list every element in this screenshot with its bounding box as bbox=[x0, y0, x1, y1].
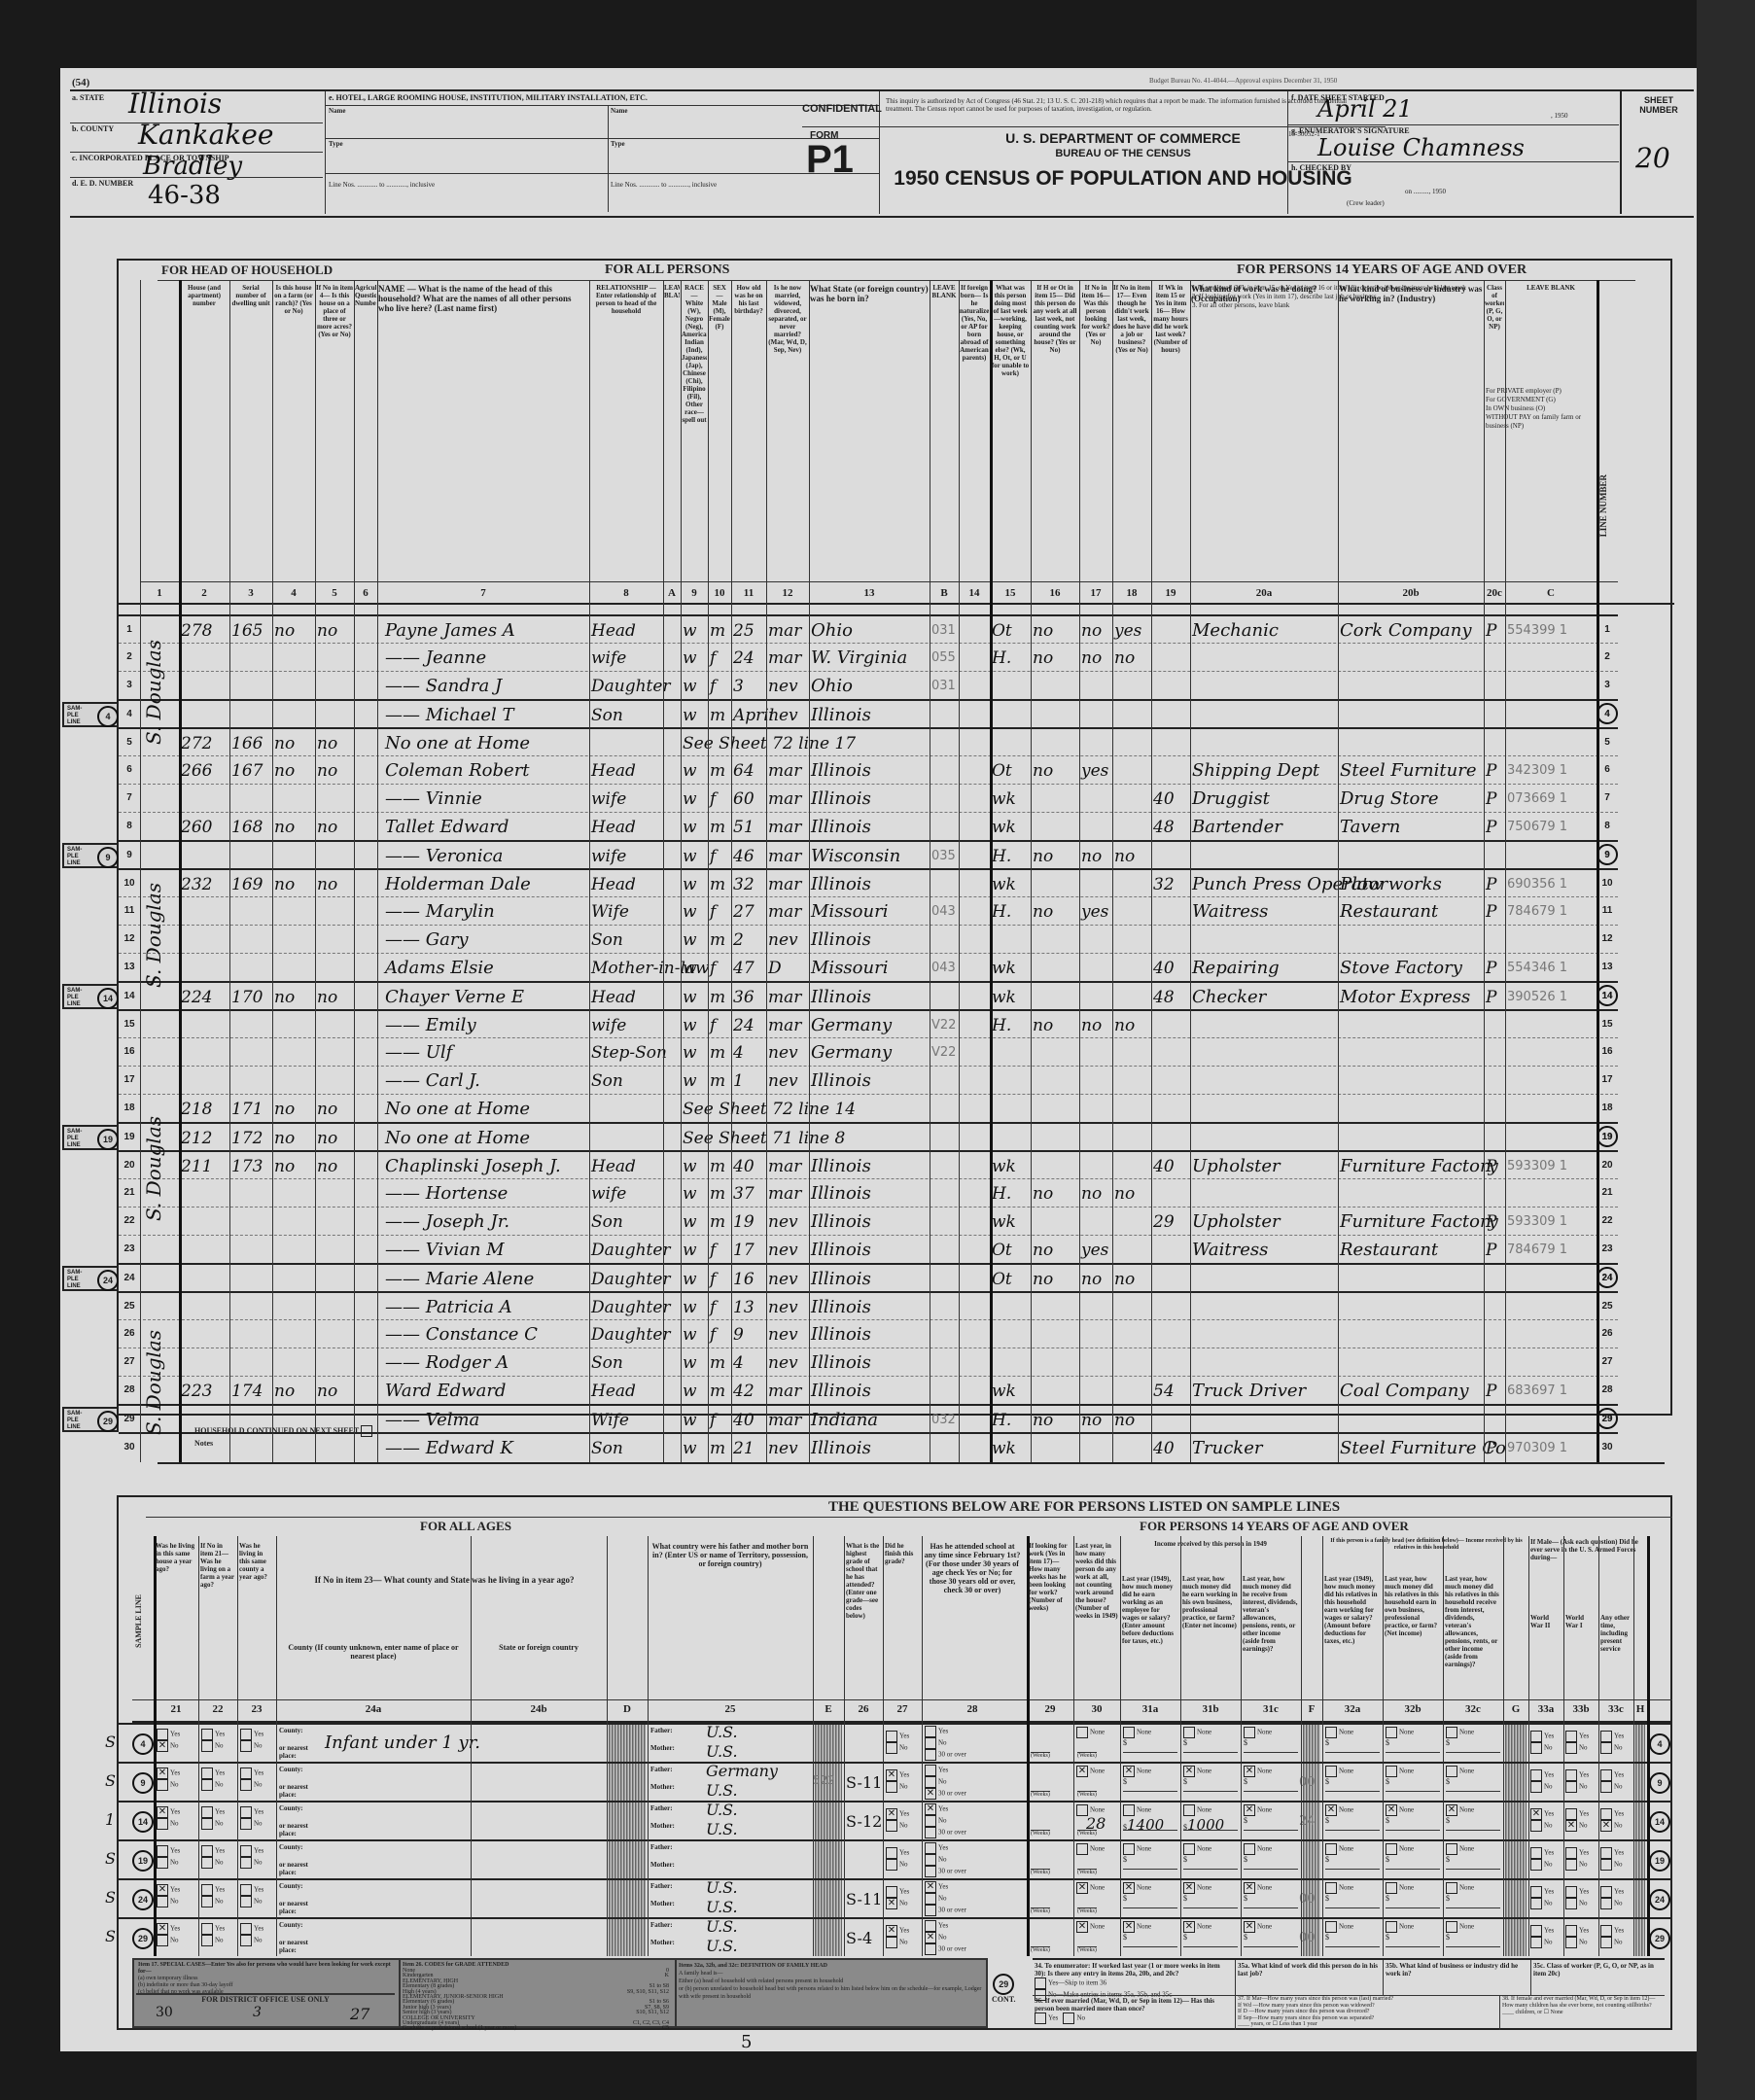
c22-no-checkbox[interactable] bbox=[201, 1740, 213, 1752]
cell-c28: ✕YesNo30 or over bbox=[925, 1881, 966, 1916]
line-number-right: 28 bbox=[1597, 1384, 1618, 1395]
c33a-no-checkbox[interactable] bbox=[1530, 1781, 1542, 1793]
c32b-none-checkbox[interactable] bbox=[1386, 1882, 1397, 1894]
c32b-none-checkbox[interactable] bbox=[1386, 1727, 1397, 1738]
c33c-no-checkbox[interactable] bbox=[1600, 1742, 1612, 1754]
cell-c15: wk bbox=[992, 1377, 1033, 1405]
c23-yes-checkbox[interactable] bbox=[240, 1806, 252, 1818]
c28-yes-checkbox[interactable]: ✕ bbox=[925, 1881, 936, 1893]
c28-yes-checkbox[interactable] bbox=[925, 1920, 936, 1932]
c22-yes-checkbox[interactable] bbox=[201, 1806, 213, 1818]
c33a-no-option: No bbox=[1530, 1781, 1554, 1793]
c31c-amount-line: $ bbox=[1244, 1855, 1298, 1870]
c22-no-checkbox[interactable] bbox=[201, 1857, 213, 1869]
c33b-yes-option: Yes bbox=[1565, 1731, 1589, 1742]
c33b-yes-checkbox[interactable] bbox=[1565, 1925, 1577, 1937]
c21-yes-label: Yes bbox=[170, 1808, 180, 1816]
c23-no-checkbox[interactable] bbox=[240, 1779, 252, 1791]
c31c-none-checkbox[interactable]: ✕ bbox=[1244, 1804, 1255, 1816]
cell-c18: no bbox=[1114, 1265, 1153, 1293]
cont-circle: 29 bbox=[993, 1974, 1014, 1995]
cell-code_b bbox=[931, 1152, 961, 1180]
c31b-none-checkbox[interactable] bbox=[1183, 1804, 1195, 1816]
cell-age: 17 bbox=[733, 1236, 768, 1264]
c32b-none-checkbox[interactable] bbox=[1386, 1921, 1397, 1933]
c22-no-label: No bbox=[215, 1898, 224, 1906]
c33b-yes-checkbox[interactable] bbox=[1565, 1769, 1577, 1781]
weeks-label: (Weeks) bbox=[1031, 1869, 1050, 1875]
q36-yes-checkbox[interactable] bbox=[1035, 2012, 1046, 2024]
c27-no-checkbox[interactable] bbox=[886, 1820, 897, 1832]
c21-yes-checkbox[interactable]: ✕ bbox=[157, 1923, 168, 1935]
c28-30-checkbox[interactable] bbox=[925, 1905, 936, 1916]
cell-occ: Waitress bbox=[1192, 1236, 1340, 1264]
cell-farm: no bbox=[274, 1377, 317, 1405]
c32c-none-checkbox[interactable] bbox=[1446, 1843, 1457, 1855]
c22-yes-checkbox[interactable] bbox=[201, 1729, 213, 1740]
c33b-yes-checkbox[interactable] bbox=[1565, 1731, 1577, 1742]
q36-no-checkbox[interactable] bbox=[1063, 2012, 1074, 2024]
c33c-no-label: No bbox=[1614, 1783, 1623, 1791]
street-name: S. Douglas bbox=[142, 883, 165, 988]
c22-no-checkbox[interactable] bbox=[201, 1779, 213, 1791]
c32c-none-checkbox[interactable] bbox=[1446, 1882, 1457, 1894]
cell-c21: ✕YesNo bbox=[157, 1923, 180, 1946]
c33a-no-checkbox[interactable] bbox=[1530, 1859, 1542, 1871]
c33c-yes-checkbox[interactable] bbox=[1600, 1925, 1612, 1937]
cell-c18 bbox=[1114, 983, 1153, 1011]
cell-age: 24 bbox=[733, 644, 768, 672]
c31b-none-label: None bbox=[1197, 1845, 1211, 1853]
c22-yes-checkbox[interactable] bbox=[201, 1884, 213, 1896]
c32b-none-checkbox[interactable] bbox=[1386, 1766, 1397, 1777]
c30-none-checkbox[interactable] bbox=[1076, 1727, 1088, 1738]
cell-farm bbox=[274, 785, 317, 813]
cell-name: —— Marie Alene bbox=[379, 1265, 597, 1293]
c27-no-checkbox[interactable] bbox=[886, 1781, 897, 1793]
cell-acres bbox=[317, 1320, 356, 1348]
c21-no-checkbox[interactable]: ✕ bbox=[157, 1740, 168, 1752]
page-code: (54) bbox=[72, 78, 89, 87]
c32a-none-checkbox[interactable] bbox=[1325, 1727, 1337, 1738]
cell-code_c bbox=[1507, 1348, 1598, 1377]
c23-yes-checkbox[interactable] bbox=[240, 1729, 252, 1740]
c33a-yes-label: Yes bbox=[1544, 1771, 1554, 1779]
c33a-yes-checkbox[interactable] bbox=[1530, 1847, 1542, 1859]
line-number-right: 3 bbox=[1597, 680, 1618, 690]
column-number: 9 bbox=[681, 587, 708, 599]
c33a-no-label: No bbox=[1544, 1939, 1553, 1946]
c21-yes-label: Yes bbox=[170, 1886, 180, 1894]
cell-cls bbox=[1486, 1179, 1507, 1207]
cell-born: Illinois bbox=[811, 926, 931, 954]
cell-name: —— Michael T bbox=[379, 701, 597, 729]
cell-c28: ✕YesNo30 or over bbox=[925, 1803, 966, 1838]
c23-yes-label: Yes bbox=[254, 1769, 263, 1777]
c31a-none-option: None bbox=[1123, 1804, 1177, 1816]
c28-no-checkbox[interactable] bbox=[925, 1815, 936, 1827]
cell-house: 211 bbox=[181, 1152, 231, 1180]
c33a-yes-checkbox[interactable] bbox=[1530, 1769, 1542, 1781]
q34-yes-label: Yes—Skip to item 36 bbox=[1048, 1979, 1106, 1987]
c33a-yes-checkbox[interactable]: ✕ bbox=[1530, 1808, 1542, 1820]
c22-no-checkbox[interactable] bbox=[201, 1896, 213, 1907]
column-header-3: Serial number of dwelling unit bbox=[230, 284, 271, 576]
father-label: Father: bbox=[650, 1882, 673, 1890]
c32b-amount-line: $ bbox=[1386, 1933, 1440, 1947]
cell-ind bbox=[1340, 644, 1486, 672]
cell-c17 bbox=[1081, 1152, 1114, 1180]
c33c-no-label: No bbox=[1614, 1744, 1623, 1752]
c23-no-checkbox[interactable] bbox=[240, 1857, 252, 1869]
c31a-none-checkbox[interactable] bbox=[1123, 1727, 1135, 1738]
table-row: 11278165nonoPayne James AHeadwm25marOhio… bbox=[119, 614, 1618, 643]
sample-line-number-right: 24 bbox=[1649, 1889, 1670, 1910]
c23-yes-checkbox[interactable] bbox=[240, 1884, 252, 1896]
sample-circle-right: 24 bbox=[1597, 1267, 1618, 1288]
c30-none-checkbox[interactable]: ✕ bbox=[1076, 1882, 1088, 1894]
c22-yes-checkbox[interactable] bbox=[201, 1845, 213, 1857]
cell-code_b bbox=[931, 813, 961, 841]
c23-no-checkbox[interactable] bbox=[240, 1818, 252, 1830]
cell-sex: f bbox=[710, 672, 733, 700]
c30-none-checkbox[interactable]: ✕ bbox=[1076, 1921, 1088, 1933]
cell-c31a: ✕None$ bbox=[1123, 1921, 1177, 1947]
c33b-no-checkbox[interactable] bbox=[1565, 1898, 1577, 1909]
c23-yes-checkbox[interactable] bbox=[240, 1767, 252, 1779]
c33a-yes-checkbox[interactable] bbox=[1530, 1886, 1542, 1898]
c32b-none-checkbox[interactable]: ✕ bbox=[1386, 1804, 1397, 1816]
c28-no-checkbox[interactable]: ✕ bbox=[925, 1932, 936, 1943]
cell-serial: 167 bbox=[231, 756, 274, 785]
c32c-amount-line: $ bbox=[1446, 1894, 1500, 1908]
c32b-none-checkbox[interactable] bbox=[1386, 1843, 1397, 1855]
c32c-none-checkbox[interactable] bbox=[1446, 1766, 1457, 1777]
c21-yes-checkbox[interactable] bbox=[157, 1845, 168, 1857]
dollar-sign: $ bbox=[1446, 1855, 1450, 1864]
c30-none-checkbox[interactable]: ✕ bbox=[1076, 1766, 1088, 1777]
column-divider bbox=[1443, 1536, 1444, 1956]
cell-born: Missouri bbox=[811, 954, 931, 982]
cell-sex: m bbox=[710, 1179, 733, 1207]
c22-yes-checkbox[interactable] bbox=[201, 1923, 213, 1935]
c31a-none-checkbox[interactable]: ✕ bbox=[1123, 1766, 1135, 1777]
cell-house: 232 bbox=[181, 870, 231, 898]
grade-codes: Item 26. CODES for GRADE ATTENDED None0K… bbox=[399, 1960, 671, 2026]
weeks-label: (Weeks) bbox=[1077, 1907, 1097, 1914]
c33a-yes-option: Yes bbox=[1530, 1731, 1554, 1742]
cell-c18 bbox=[1114, 1067, 1153, 1095]
cell-c15: wk bbox=[992, 1434, 1033, 1462]
cell-race: w bbox=[683, 1038, 710, 1067]
c27-yes-checkbox[interactable]: ✕ bbox=[886, 1769, 897, 1781]
c33c-no-checkbox[interactable]: ✕ bbox=[1600, 1820, 1612, 1832]
cell-c16 bbox=[1033, 1434, 1081, 1462]
cell-c15 bbox=[992, 1095, 1033, 1123]
c27-yes-checkbox[interactable] bbox=[886, 1731, 897, 1742]
cell-farm bbox=[274, 1265, 317, 1293]
c21-no-checkbox[interactable] bbox=[157, 1935, 168, 1946]
c28-no-checkbox[interactable] bbox=[925, 1854, 936, 1866]
c28-30-checkbox[interactable] bbox=[925, 1749, 936, 1761]
cell-occ bbox=[1192, 1348, 1340, 1377]
c21-no-checkbox[interactable] bbox=[157, 1896, 168, 1907]
c31b-none-checkbox[interactable] bbox=[1183, 1727, 1195, 1738]
cell-ind bbox=[1340, 1011, 1486, 1039]
c33c-yes-checkbox[interactable] bbox=[1600, 1808, 1612, 1820]
column-divider bbox=[1180, 1536, 1181, 1956]
c27-no-checkbox[interactable] bbox=[886, 1859, 897, 1871]
c21-yes-checkbox[interactable]: ✕ bbox=[157, 1884, 168, 1896]
c33c-yes-checkbox[interactable] bbox=[1600, 1847, 1612, 1859]
c23-yes-label: Yes bbox=[254, 1925, 263, 1933]
sample-margin-mark: S bbox=[105, 1888, 116, 1907]
sample-line-number: 4 bbox=[97, 706, 119, 727]
c31b-none-checkbox[interactable] bbox=[1183, 1843, 1195, 1855]
cell-house bbox=[181, 1207, 231, 1236]
c32a-none-checkbox[interactable] bbox=[1325, 1766, 1337, 1777]
c33b-no-checkbox[interactable]: ✕ bbox=[1565, 1820, 1577, 1832]
c31a-none-checkbox[interactable]: ✕ bbox=[1123, 1921, 1135, 1933]
c28-30-label: 30 or over bbox=[938, 1868, 966, 1875]
c33a-no-label: No bbox=[1544, 1822, 1553, 1830]
cell-race: w bbox=[683, 672, 710, 700]
sample-column-number: 24b bbox=[471, 1703, 607, 1715]
cell-c33c: YesNo bbox=[1600, 1731, 1624, 1754]
c33a-no-checkbox[interactable] bbox=[1530, 1742, 1542, 1754]
dollar-sign: $ bbox=[1183, 1777, 1187, 1786]
form-id: P1 bbox=[806, 138, 854, 181]
c30-none-label: None bbox=[1090, 1767, 1105, 1775]
cell-c16 bbox=[1033, 1377, 1081, 1405]
dollar-sign: $ bbox=[1123, 1855, 1127, 1864]
c33c-no-option: ✕No bbox=[1600, 1820, 1624, 1832]
c33b-yes-checkbox[interactable] bbox=[1565, 1808, 1577, 1820]
c31c-none-checkbox[interactable] bbox=[1244, 1727, 1255, 1738]
cell-race: w bbox=[683, 644, 710, 672]
cell-race: w bbox=[683, 1320, 710, 1348]
c33a-no-checkbox[interactable] bbox=[1530, 1937, 1542, 1948]
c21-yes-checkbox[interactable] bbox=[157, 1729, 168, 1740]
c33c-no-checkbox[interactable] bbox=[1600, 1937, 1612, 1948]
c27-no-checkbox[interactable] bbox=[886, 1937, 897, 1948]
cell-born: Ohio bbox=[811, 616, 931, 645]
c31c-none-checkbox[interactable] bbox=[1244, 1843, 1255, 1855]
street-name: S. Douglas bbox=[142, 640, 165, 745]
q34-text: 34. To enumerator: If worked last year (… bbox=[1035, 1962, 1229, 1977]
table-row: 1616—— UlfStep-Sonwm4nevGermanyV22 bbox=[119, 1037, 1618, 1066]
c23-no-checkbox[interactable] bbox=[240, 1896, 252, 1907]
c33a-no-checkbox[interactable] bbox=[1530, 1898, 1542, 1909]
c27-no-checkbox[interactable]: ✕ bbox=[886, 1898, 897, 1909]
c27-yes-checkbox[interactable] bbox=[886, 1886, 897, 1898]
sample-column-number: 24a bbox=[276, 1703, 471, 1715]
c32a-none-checkbox[interactable] bbox=[1325, 1921, 1337, 1933]
c22-no-checkbox[interactable] bbox=[201, 1818, 213, 1830]
cell-race: w bbox=[683, 785, 710, 813]
c28-no-checkbox[interactable] bbox=[925, 1737, 936, 1749]
c28-30-option: 30 or over bbox=[925, 1943, 966, 1955]
c31b-none-checkbox[interactable]: ✕ bbox=[1183, 1882, 1195, 1894]
c28-yes-checkbox[interactable] bbox=[925, 1726, 936, 1737]
c23-no-checkbox[interactable] bbox=[240, 1740, 252, 1752]
cell-rel: Head bbox=[591, 756, 665, 785]
c33b-no-checkbox[interactable] bbox=[1565, 1781, 1577, 1793]
c33b-yes-checkbox[interactable] bbox=[1565, 1886, 1577, 1898]
c31c-none-checkbox[interactable]: ✕ bbox=[1244, 1766, 1255, 1777]
cell-farm bbox=[274, 842, 317, 870]
sample-header-c22: If No in item 21— Was he living on a far… bbox=[200, 1542, 235, 1699]
c28-30-checkbox[interactable] bbox=[925, 1827, 936, 1838]
cell-c32c: None$ bbox=[1446, 1921, 1500, 1947]
c33a-yes-checkbox[interactable] bbox=[1530, 1925, 1542, 1937]
c32a-none-label: None bbox=[1339, 1845, 1353, 1853]
cell-c15: wk bbox=[992, 1152, 1033, 1180]
cell-code_b bbox=[931, 729, 961, 757]
cell-c33b: Yes✕No bbox=[1565, 1808, 1589, 1832]
c33b-yes-checkbox[interactable] bbox=[1565, 1847, 1577, 1859]
cell-race: w bbox=[683, 1152, 710, 1180]
class-of-worker-options: For PRIVATE employer (P)For GOVERNMENT (… bbox=[1486, 387, 1595, 431]
c32c-none-checkbox[interactable] bbox=[1446, 1727, 1457, 1738]
c31c-none-checkbox[interactable]: ✕ bbox=[1244, 1921, 1255, 1933]
cell-serial bbox=[231, 897, 274, 926]
c28-yes-checkbox[interactable]: ✕ bbox=[925, 1803, 936, 1815]
cell-c33b: YesNo bbox=[1565, 1769, 1589, 1793]
cell-c19 bbox=[1153, 1293, 1192, 1321]
c33c-no-checkbox[interactable] bbox=[1600, 1898, 1612, 1909]
c32a-none-checkbox[interactable] bbox=[1325, 1882, 1337, 1894]
c27-no-checkbox[interactable] bbox=[886, 1742, 897, 1754]
c31b-none-checkbox[interactable]: ✕ bbox=[1183, 1921, 1195, 1933]
c22-no-option: No bbox=[201, 1818, 225, 1830]
sample-line-circle-right-wrap: 14 bbox=[1649, 1811, 1670, 1833]
c31a-none-checkbox[interactable] bbox=[1123, 1804, 1135, 1816]
cell-c16 bbox=[1033, 1095, 1081, 1123]
line-number: 25 bbox=[119, 1301, 140, 1312]
c27-yes-checkbox[interactable] bbox=[886, 1847, 897, 1859]
c21-no-checkbox[interactable] bbox=[157, 1857, 168, 1869]
c31b-none-checkbox[interactable]: ✕ bbox=[1183, 1766, 1195, 1777]
mother-birthplace: U.S. bbox=[706, 1898, 738, 1916]
c31c-none-option: None bbox=[1244, 1843, 1298, 1855]
cell-mar: mar bbox=[768, 1406, 811, 1434]
cell-c17 bbox=[1081, 1067, 1114, 1095]
c31a-none-checkbox[interactable] bbox=[1123, 1843, 1135, 1855]
c23-no-checkbox[interactable] bbox=[240, 1935, 252, 1946]
c28-yes-checkbox[interactable] bbox=[925, 1765, 936, 1776]
c28-30-checkbox[interactable] bbox=[925, 1943, 936, 1955]
c33c-yes-checkbox[interactable] bbox=[1600, 1886, 1612, 1898]
cell-house bbox=[181, 1011, 231, 1039]
sample-line-circle-right-wrap: 29 bbox=[1649, 1928, 1670, 1949]
household-continued-checkbox[interactable] bbox=[361, 1425, 372, 1437]
c33b-no-label: No bbox=[1579, 1939, 1588, 1946]
c33a-no-checkbox[interactable] bbox=[1530, 1820, 1542, 1832]
c33c-no-checkbox[interactable] bbox=[1600, 1781, 1612, 1793]
c22-yes-checkbox[interactable] bbox=[201, 1767, 213, 1779]
c23-yes-checkbox[interactable] bbox=[240, 1923, 252, 1935]
c32c-none-option: None bbox=[1446, 1921, 1500, 1933]
c28-no-label: No bbox=[938, 1817, 947, 1825]
c32a-none-checkbox[interactable]: ✕ bbox=[1325, 1804, 1337, 1816]
c28-yes-checkbox[interactable] bbox=[925, 1842, 936, 1854]
c21-no-checkbox[interactable] bbox=[157, 1779, 168, 1791]
c31b-none-option: ✕None bbox=[1183, 1882, 1238, 1894]
c30-none-checkbox[interactable] bbox=[1076, 1843, 1088, 1855]
c33c-yes-checkbox[interactable] bbox=[1600, 1731, 1612, 1742]
cell-code_b bbox=[931, 1124, 961, 1152]
c31c-amount-line: $ bbox=[1244, 1894, 1298, 1908]
c31c-amount-line: $ bbox=[1244, 1777, 1298, 1792]
c33c-yes-checkbox[interactable] bbox=[1600, 1769, 1612, 1781]
column-divider bbox=[1528, 1536, 1529, 1956]
column-divider bbox=[766, 280, 767, 1462]
line-number-right: 15 bbox=[1597, 1019, 1618, 1030]
cell-race: w bbox=[683, 1236, 710, 1264]
c33a-yes-option: ✕Yes bbox=[1530, 1808, 1554, 1820]
cell-ind bbox=[1340, 701, 1486, 729]
c33c-no-checkbox[interactable] bbox=[1600, 1859, 1612, 1871]
line-number: 8 bbox=[119, 821, 140, 831]
c27-yes-checkbox[interactable]: ✕ bbox=[886, 1925, 897, 1937]
c32c-none-checkbox[interactable]: ✕ bbox=[1446, 1804, 1457, 1816]
q34-yes-checkbox[interactable] bbox=[1035, 1977, 1046, 1989]
c28-30-checkbox[interactable]: ✕ bbox=[925, 1788, 936, 1800]
q35c: 35c. Class of worker (P, G, O, or NP, as… bbox=[1530, 1960, 1663, 1995]
c32c-none-checkbox[interactable] bbox=[1446, 1921, 1457, 1933]
c33a-yes-checkbox[interactable] bbox=[1530, 1731, 1542, 1742]
c23-yes-checkbox[interactable] bbox=[240, 1845, 252, 1857]
cell-cls bbox=[1486, 644, 1507, 672]
cell-c19 bbox=[1153, 1236, 1192, 1264]
c28-no-checkbox[interactable] bbox=[925, 1776, 936, 1788]
cell-house bbox=[181, 785, 231, 813]
c22-no-checkbox[interactable] bbox=[201, 1935, 213, 1946]
cell-mar: mar bbox=[768, 813, 811, 841]
class-option: For PRIVATE employer (P) bbox=[1486, 387, 1595, 396]
c31c-none-checkbox[interactable]: ✕ bbox=[1244, 1882, 1255, 1894]
cell-c17 bbox=[1081, 813, 1114, 841]
c32b-none-option: None bbox=[1386, 1766, 1440, 1777]
c22-no-label: No bbox=[215, 1820, 224, 1828]
c33b-no-checkbox[interactable] bbox=[1565, 1859, 1577, 1871]
c21-yes-checkbox[interactable]: ✕ bbox=[157, 1806, 168, 1818]
cell-acres: no bbox=[317, 756, 356, 785]
c21-no-checkbox[interactable] bbox=[157, 1818, 168, 1830]
c21-yes-checkbox[interactable]: ✕ bbox=[157, 1767, 168, 1779]
cell-c30: None bbox=[1076, 1727, 1105, 1738]
column-divider bbox=[354, 280, 355, 1462]
cell-farm bbox=[274, 1179, 317, 1207]
cell-rel: wife bbox=[591, 1011, 665, 1039]
cell-born: Illinois bbox=[811, 983, 931, 1011]
c32a-none-checkbox[interactable] bbox=[1325, 1843, 1337, 1855]
c28-30-checkbox[interactable] bbox=[925, 1866, 936, 1877]
c27-yes-checkbox[interactable]: ✕ bbox=[886, 1808, 897, 1820]
c33b-no-checkbox[interactable] bbox=[1565, 1937, 1577, 1948]
district-office-box: FOR DISTRICT OFFICE USE ONLY 30 3 27 bbox=[136, 1993, 395, 2028]
c31a-none-label: None bbox=[1137, 1845, 1151, 1853]
c28-yes-option: Yes bbox=[925, 1726, 966, 1737]
c22-no-label: No bbox=[215, 1859, 224, 1867]
c33b-no-checkbox[interactable] bbox=[1565, 1742, 1577, 1754]
c33c-yes-option: Yes bbox=[1600, 1886, 1624, 1898]
cell-farm bbox=[274, 1320, 317, 1348]
c31a-none-checkbox[interactable]: ✕ bbox=[1123, 1882, 1135, 1894]
c28-no-checkbox[interactable] bbox=[925, 1893, 936, 1905]
line-number: 17 bbox=[119, 1074, 140, 1085]
